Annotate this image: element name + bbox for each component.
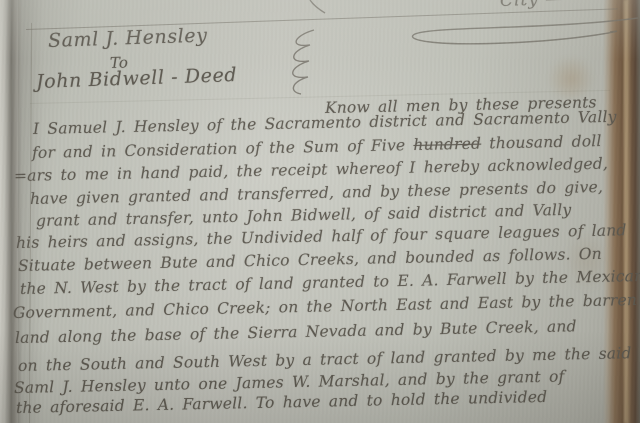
header-grantee: John Bidwell - Deed bbox=[36, 64, 238, 93]
line-segment: thousand doll bbox=[481, 132, 602, 153]
manuscript-line: land along the base of the Sierra Nevada… bbox=[15, 317, 577, 347]
header-grantor: Saml J. Hensley bbox=[48, 24, 208, 52]
line-segment: for and in Consideration of the Sum of F… bbox=[32, 136, 414, 162]
ink-stroke-icon bbox=[306, 0, 326, 14]
top-edge-fragment: City — bbox=[500, 0, 564, 11]
deed-book-photo: City — Saml J. Hensley To John Bidwell -… bbox=[0, 0, 640, 423]
struck-word: hundred bbox=[413, 135, 481, 154]
ink-flourish-icon bbox=[395, 12, 640, 52]
ink-flourish-icon bbox=[283, 26, 317, 98]
